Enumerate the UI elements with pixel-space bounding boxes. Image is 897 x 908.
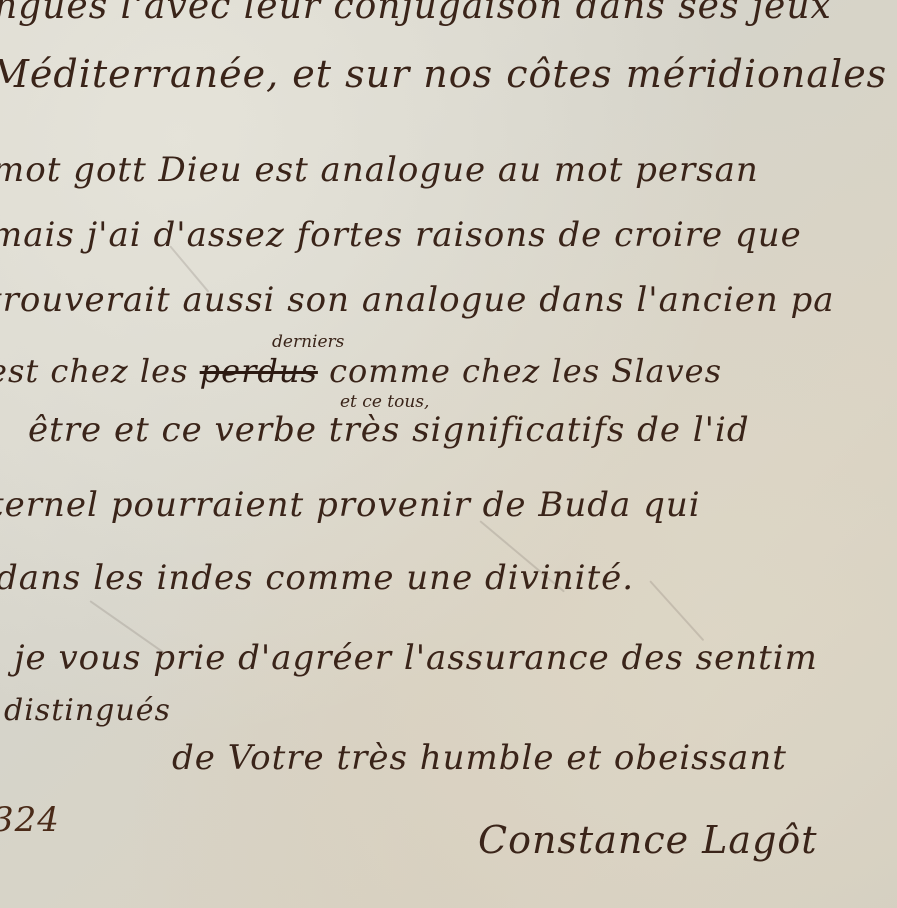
letter-line-9: dans les indes comme une divinité. (0, 558, 634, 598)
letter-line-1: ngues l'avec leur conjugaison dans ses j… (0, 0, 832, 27)
letter-line-6: est chez les perdus comme chez les Slave… (0, 352, 722, 390)
letter-line-8: ternel pourraient provenir de Buda qui (0, 485, 701, 525)
letter-line-5: trouverait aussi son analogue dans l'anc… (0, 280, 835, 320)
letter-line-10: je vous prie d'agréer l'assurance des se… (14, 638, 818, 678)
letter-line-4: mais j'ai d'assez fortes raisons de croi… (0, 215, 802, 255)
signature: Constance Lagôt (478, 818, 818, 862)
struck-word: perdus (200, 352, 318, 390)
manuscript-letter: ngues l'avec leur conjugaison dans ses j… (0, 0, 897, 908)
letter-line-3: mot gott Dieu est analogue au mot persan (0, 150, 759, 190)
insertion-derniers: derniers (272, 332, 344, 352)
paper-crease (649, 580, 704, 641)
letter-line-12: de Votre très humble et obeissant (172, 738, 787, 778)
line-6-text-after: comme chez les Slaves (329, 352, 722, 390)
line-6-text-before: est chez les (0, 352, 188, 390)
letter-line-11: distingués (4, 693, 171, 728)
date-fragment: 324 (0, 800, 60, 840)
letter-line-7: être et ce verbe très significatifs de l… (28, 410, 750, 450)
letter-line-2: Méditerranée, et sur nos côtes méridiona… (0, 52, 887, 96)
insertion-et-ce-tous: et ce tous, (340, 392, 429, 412)
